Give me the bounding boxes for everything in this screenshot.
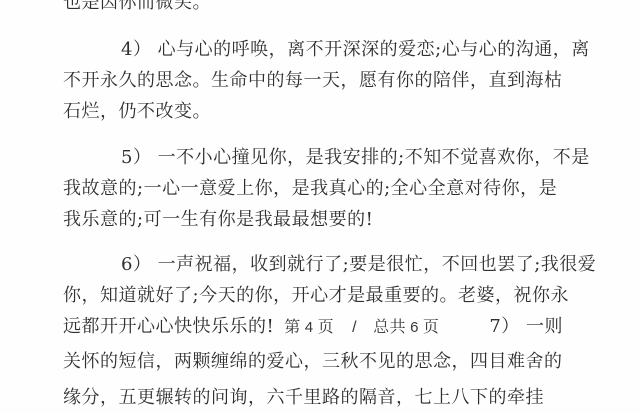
page-word: 页	[318, 311, 335, 342]
page-indicator-prefix: 第	[284, 311, 301, 342]
paragraph-5-line-3: 我乐意的;可一生有你是我最最想要的!	[63, 204, 563, 235]
page-word-total: 页	[423, 311, 440, 342]
current-page-number: 4	[305, 312, 314, 343]
paragraph-4-line-2: 不开永久的思念。生命中的每一天，愿有你的陪伴，直到海枯	[63, 65, 563, 96]
paragraph-6-line-3-text: 远都开开心心快快乐乐的!	[63, 311, 274, 342]
paragraph-7-line-3-clipped: 缘分，五更辗转的问询，六千里路的隔音，七上八下的牵挂	[63, 382, 563, 400]
total-pages-number: 6	[410, 312, 419, 343]
page-indicator-separator: /	[352, 312, 357, 343]
paragraph-3-last-line: 也是因你而微笑。	[63, 0, 563, 18]
paragraph-5-line-1: 5） 一不小心撞见你，是我安排的;不知不觉喜欢你，不是	[63, 142, 563, 173]
paragraph-5-line-2: 我故意的;一心一意爱上你，是我真心的;全心全意对待你，是	[63, 173, 563, 204]
paragraph-6-line-2: 你，知道就好了;今天的你，开心才是最重要的。老婆，祝你永	[63, 280, 563, 311]
paragraph-4-line-3: 石烂，仍不改变。	[63, 96, 563, 127]
paragraph-4-line-1: 4） 心与心的呼唤，离不开深深的爱恋;心与心的沟通，离	[63, 34, 563, 65]
total-pages-label: 总共	[373, 311, 406, 342]
paragraph-7-start: 7） 一则	[489, 311, 563, 342]
paragraph-6-line-3-with-page-indicator: 远都开开心心快快乐乐的! 第 4 页 / 总共 6 页 7） 一则	[63, 311, 563, 342]
paragraph-6-line-1: 6） 一声祝福，收到就行了;要是很忙，不回也罢了;我很爱	[63, 249, 563, 280]
paragraph-7-line-2: 关怀的短信，两颗缠绵的爱心，三秋不见的思念，四目难舍的	[63, 346, 563, 377]
page-indicator: 第 4 页 / 总共 6 页	[284, 311, 441, 343]
document-page: 也是因你而微笑。 4） 心与心的呼唤，离不开深深的爱恋;心与心的沟通，离 不开永…	[63, 0, 563, 400]
